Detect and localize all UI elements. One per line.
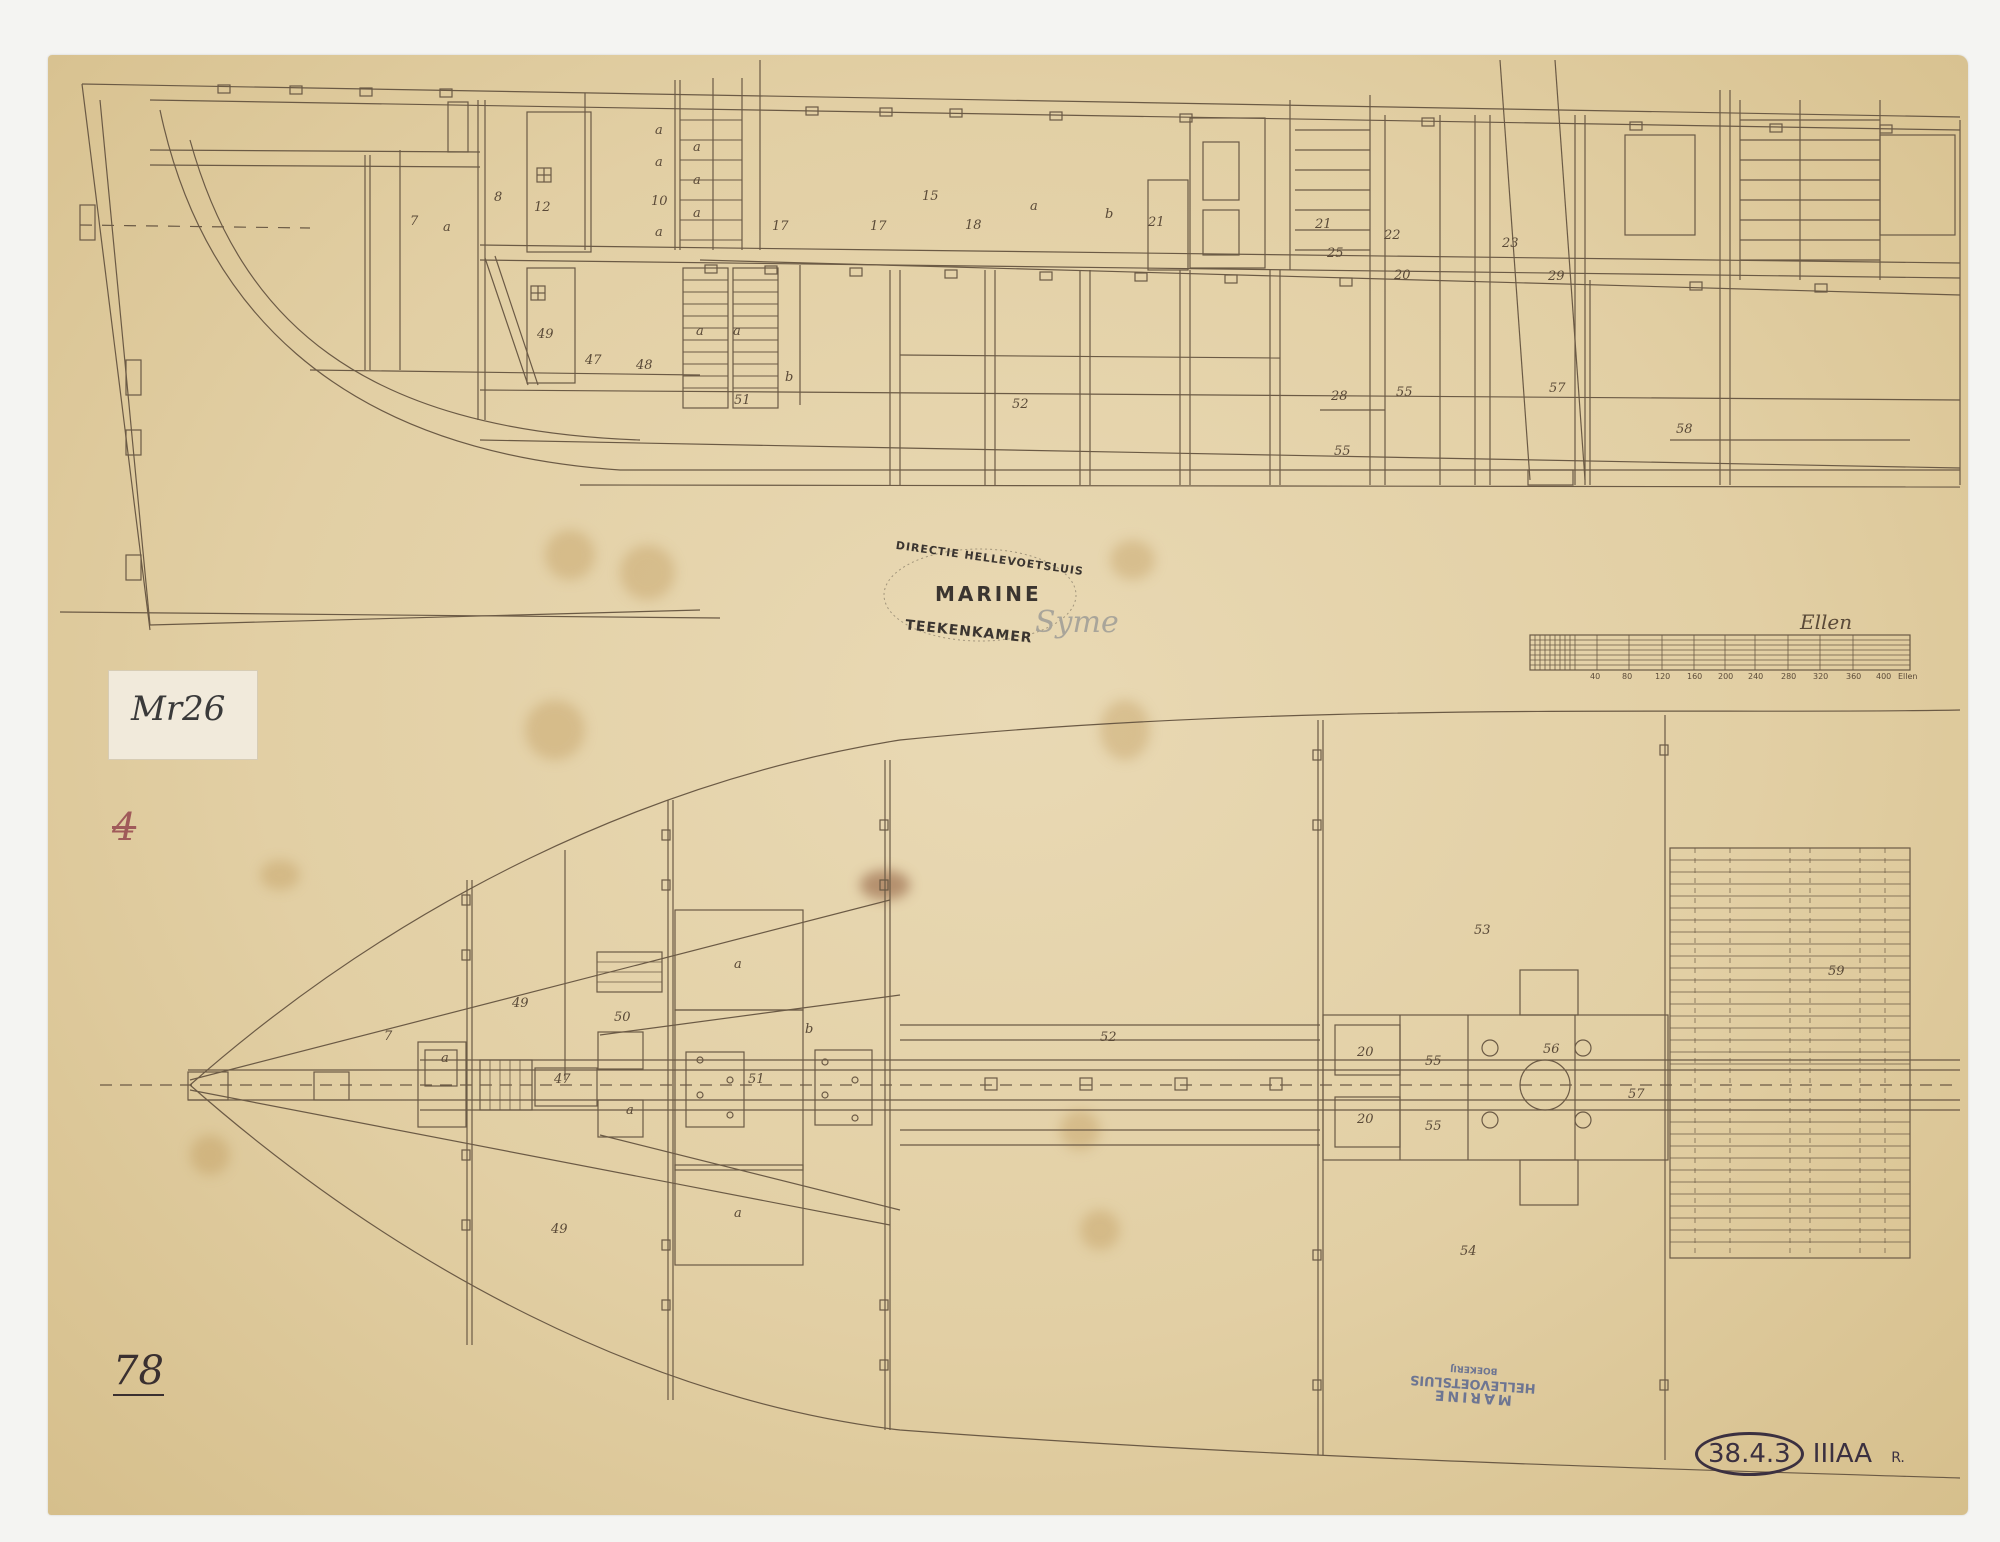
library-stamp: MARINE HELLEVOETSLUIS BOEKERIJ	[1409, 1358, 1537, 1409]
elevation-compartment-label: 25	[1327, 246, 1344, 261]
scale-tick: 40	[1590, 672, 1600, 681]
plan-compartment-label: 54	[1460, 1244, 1477, 1259]
plan-compartment-label: 7	[384, 1029, 392, 1044]
elevation-compartment-label: 57	[1549, 381, 1566, 396]
plan-compartment-label: b	[805, 1022, 813, 1037]
elevation-compartment-label: 48	[636, 358, 653, 373]
elevation-compartment-label: a	[693, 173, 701, 188]
plan-compartment-label: 50	[614, 1010, 631, 1025]
scale-tick: 360	[1846, 672, 1861, 681]
scale-bar-title: Ellen	[1800, 610, 1852, 634]
ship-plan-drawing	[0, 0, 2000, 1542]
elevation-compartment-label: a	[696, 324, 704, 339]
plan-compartment-label: 55	[1425, 1119, 1442, 1134]
elevation-compartment-label: 51	[734, 393, 751, 408]
scale-tick: 400	[1876, 672, 1891, 681]
elevation-compartment-label: a	[443, 220, 451, 235]
elevation-compartment-label: a	[655, 155, 663, 170]
elevation-compartment-label: a	[1030, 199, 1038, 214]
elevation-compartment-label: 55	[1334, 444, 1351, 459]
plan-compartment-label: 20	[1357, 1112, 1374, 1127]
elevation-compartment-label: 28	[1331, 389, 1348, 404]
elevation-compartment-label: a	[655, 123, 663, 138]
elevation-compartment-label: 10	[651, 194, 668, 209]
plan-compartment-label: 55	[1425, 1054, 1442, 1069]
scale-tick: 240	[1748, 672, 1763, 681]
scale-unit: Ellen	[1898, 672, 1918, 681]
scale-tick: 320	[1813, 672, 1828, 681]
crossed-out-number: 4	[112, 805, 136, 849]
elevation-compartment-label: 17	[772, 219, 789, 234]
plan-compartment-label: a	[441, 1051, 449, 1066]
signature: Syme	[1035, 605, 1119, 640]
plan-compartment-label: 47	[554, 1072, 571, 1087]
elevation-compartment-label: 52	[1012, 397, 1029, 412]
elevation-compartment-label: 20	[1394, 268, 1411, 283]
plan-compartment-label: 51	[748, 1072, 765, 1087]
plan-compartment-label: 49	[512, 996, 529, 1011]
plan-compartment-label: a	[626, 1103, 634, 1118]
elevation-compartment-label: 23	[1502, 236, 1519, 251]
elevation-compartment-label: 17	[870, 219, 887, 234]
elevation-compartment-label: 55	[1396, 385, 1413, 400]
plan-compartment-label: 52	[1100, 1030, 1117, 1045]
scale-tick: 200	[1718, 672, 1733, 681]
elevation-compartment-label: 15	[922, 189, 939, 204]
sheet-number: 78	[113, 1348, 164, 1396]
elevation-compartment-label: 8	[494, 190, 502, 205]
plan-compartment-label: 59	[1828, 964, 1845, 979]
elevation-compartment-label: a	[693, 206, 701, 221]
scale-tick: 80	[1622, 672, 1632, 681]
catalog-number: 38.4.3 IIIAA R.	[1695, 1432, 1905, 1476]
scale-tick: 280	[1781, 672, 1796, 681]
elevation-compartment-label: a	[655, 225, 663, 240]
elevation-compartment-label: a	[733, 324, 741, 339]
elevation-compartment-label: 12	[534, 200, 551, 215]
scale-tick: 160	[1687, 672, 1702, 681]
elevation-compartment-label: 58	[1676, 422, 1693, 437]
catalog-series: IIIAA	[1813, 1439, 1872, 1469]
elevation-compartment-label: 29	[1548, 269, 1565, 284]
elevation-compartment-label: 21	[1148, 215, 1165, 230]
plan-compartment-label: a	[734, 957, 742, 972]
elevation-compartment-label: b	[785, 370, 793, 385]
plan-compartment-label: 49	[551, 1222, 568, 1237]
elevation-compartment-label: b	[1105, 207, 1113, 222]
catalog-number-oval: 38.4.3	[1695, 1432, 1804, 1476]
plan-compartment-label: 56	[1543, 1042, 1560, 1057]
elevation-compartment-label: 47	[585, 353, 602, 368]
scale-tick: 120	[1655, 672, 1670, 681]
plan-compartment-label: 20	[1357, 1045, 1374, 1060]
elevation-compartment-label: 7	[410, 214, 418, 229]
plan-compartment-label: a	[734, 1206, 742, 1221]
elevation-compartment-label: 18	[965, 218, 982, 233]
elevation-compartment-label: 49	[537, 327, 554, 342]
elevation-compartment-label: 22	[1384, 228, 1401, 243]
catalog-sticker: Mr26	[108, 670, 258, 760]
sticker-text: Mr26	[131, 689, 225, 729]
elevation-compartment-label: 21	[1315, 217, 1332, 232]
plan-compartment-label: 57	[1628, 1087, 1645, 1102]
corner-mark: R.	[1891, 1450, 1905, 1466]
elevation-compartment-label: a	[693, 140, 701, 155]
plan-compartment-label: 53	[1474, 923, 1491, 938]
stamp-center-text: MARINE	[935, 582, 1042, 606]
